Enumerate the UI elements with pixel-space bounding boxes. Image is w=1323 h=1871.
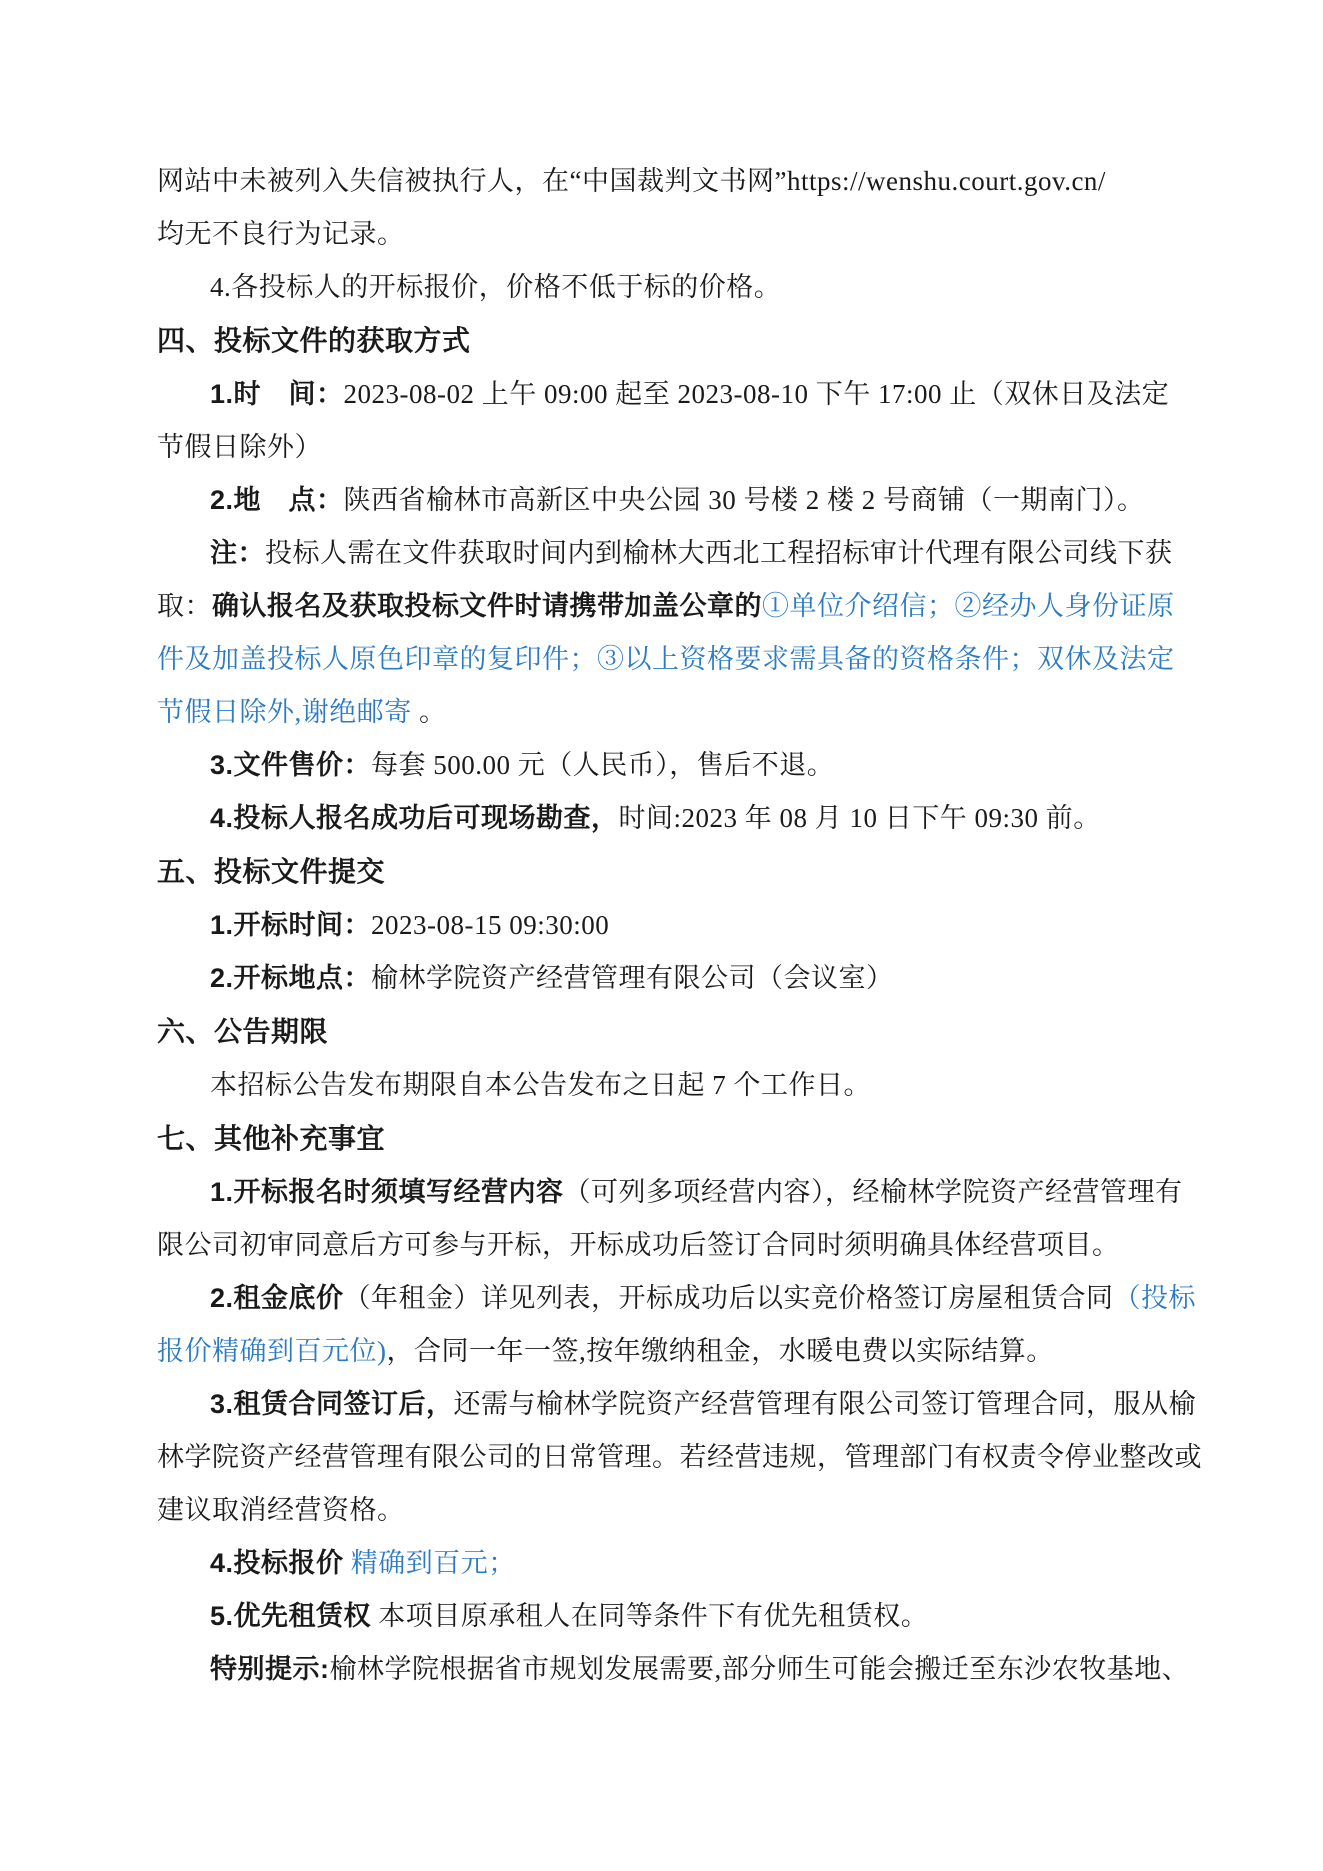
- text-line: 1.时 间：2023-08-02 上午 09:00 起至 2023-08-10 …: [157, 368, 1197, 421]
- text-line: 六、公告期限: [157, 1005, 1197, 1059]
- text-run: 还需与榆林学院资产经营管理有限公司签订管理合同，服从榆: [454, 1389, 1197, 1419]
- text-line: 2.开标地点：榆林学院资产经营管理有限公司（会议室）: [157, 952, 1197, 1005]
- text-run: 榆林学院资产经营管理有限公司（会议室）: [371, 963, 894, 993]
- text-run: 本项目原承租人在同等条件下有优先租赁权。: [371, 1601, 928, 1631]
- text-run: 榆林学院根据省市规划发展需要,部分师生可能会搬迁至东沙农牧基地、: [330, 1654, 1190, 1684]
- document-page: 网站中未被列入失信被执行人，在“中国裁判文书网”https://wenshu.c…: [0, 0, 1323, 1871]
- highlighted-text-run: 节假日除外,谢绝邮寄: [157, 697, 412, 727]
- text-run: （年租金）详见列表，开标成功后以实竞价格签订房屋租赁合同: [344, 1283, 1114, 1313]
- text-run: 时间:2023 年 08 月 10 日下午 09:30 前。: [619, 803, 1101, 833]
- text-line: 2.地 点：陕西省榆林市高新区中央公园 30 号楼 2 楼 2 号商铺（一期南门…: [157, 474, 1197, 527]
- text-line: 特别提示:榆林学院根据省市规划发展需要,部分师生可能会搬迁至东沙农牧基地、: [157, 1643, 1197, 1696]
- text-run: 投标人需在文件获取时间内到榆林大西北工程招标审计代理有限公司线下获: [265, 538, 1173, 568]
- section-heading: 四、投标文件的获取方式: [157, 325, 471, 356]
- highlighted-text-run: 精确到百元；: [344, 1548, 516, 1578]
- highlighted-text-run: ①单位介绍信；②经办人身份证原: [762, 591, 1175, 621]
- text-run: 本招标公告发布期限自本公告发布之日起 7 个工作日。: [210, 1070, 871, 1100]
- text-run: 2.开标地点：: [210, 963, 371, 993]
- text-line: 4.各投标人的开标报价，价格不低于标的价格。: [157, 261, 1197, 314]
- text-line: 均无不良行为记录。: [157, 208, 1197, 261]
- text-run: ，合同一年一签,按年缴纳租金，水暖电费以实际结算。: [387, 1336, 1054, 1366]
- text-line: 4.投标报价 精确到百元；: [157, 1537, 1197, 1590]
- text-line: 五、投标文件提交: [157, 845, 1197, 899]
- section-heading: 七、其他补充事宜: [157, 1123, 385, 1154]
- text-line: 5.优先租赁权 本项目原承租人在同等条件下有优先租赁权。: [157, 1590, 1197, 1643]
- text-line: 限公司初审同意后方可参与开标，开标成功后签订合同时须明确具体经营项目。: [157, 1219, 1197, 1272]
- text-run: 2.地 点：: [210, 485, 344, 515]
- text-run: 1.开标报名时须填写经营内容: [210, 1177, 564, 1207]
- text-run: 1.时 间：: [210, 379, 344, 409]
- text-run: 均无不良行为记录。: [157, 219, 405, 249]
- text-run: 网站中未被列入失信被执行人，在“中国裁判文书网”https://wenshu.c…: [157, 166, 1106, 196]
- text-run: 2023-08-15 09:30:00: [371, 910, 609, 940]
- text-run: 3.租赁合同签订后，: [210, 1389, 454, 1419]
- text-run: 限公司初审同意后方可参与开标，开标成功后签订合同时须明确具体经营项目。: [157, 1230, 1120, 1260]
- highlighted-text-run: 报价精确到百元位): [157, 1336, 387, 1366]
- highlighted-text-run: （投标: [1114, 1283, 1197, 1313]
- text-line: 4.投标人报名成功后可现场勘查，时间:2023 年 08 月 10 日下午 09…: [157, 792, 1197, 845]
- text-run: 节假日除外）: [157, 432, 322, 462]
- document-content: 网站中未被列入失信被执行人，在“中国裁判文书网”https://wenshu.c…: [157, 155, 1197, 1696]
- text-run: 1.开标时间：: [210, 910, 371, 940]
- text-run: 2023-08-02 上午 09:00 起至 2023-08-10 下午 17:…: [344, 379, 1170, 409]
- text-run: 注：: [210, 538, 265, 568]
- text-line: 3.文件售价：每套 500.00 元（人民币），售后不退。: [157, 739, 1197, 792]
- text-run: 特别提示:: [210, 1654, 330, 1684]
- text-line: 件及加盖投标人原色印章的复印件；③以上资格要求需具备的资格条件；双休及法定: [157, 633, 1197, 686]
- text-line: 节假日除外）: [157, 421, 1197, 474]
- text-run: 确认报名及获取投标文件时请携带加盖公章的: [212, 591, 762, 621]
- text-line: 1.开标报名时须填写经营内容（可列多项经营内容），经榆林学院资产经营管理有: [157, 1166, 1197, 1219]
- text-line: 2.租金底价（年租金）详见列表，开标成功后以实竞价格签订房屋租赁合同（投标: [157, 1272, 1197, 1325]
- text-line: 四、投标文件的获取方式: [157, 314, 1197, 368]
- text-run: 建议取消经营资格。: [157, 1495, 405, 1525]
- highlighted-text-run: 件及加盖投标人原色印章的复印件；③以上资格要求需具备的资格条件；双休及法定: [157, 644, 1175, 674]
- text-line: 节假日除外,谢绝邮寄 。: [157, 686, 1197, 739]
- text-run: 陕西省榆林市高新区中央公园 30 号楼 2 楼 2 号商铺（一期南门）。: [344, 485, 1145, 515]
- text-line: 1.开标时间：2023-08-15 09:30:00: [157, 899, 1197, 952]
- text-run: 。: [412, 697, 447, 727]
- text-line: 网站中未被列入失信被执行人，在“中国裁判文书网”https://wenshu.c…: [157, 155, 1197, 208]
- text-line: 本招标公告发布期限自本公告发布之日起 7 个工作日。: [157, 1059, 1197, 1112]
- text-line: 取：确认报名及获取投标文件时请携带加盖公章的①单位介绍信；②经办人身份证原: [157, 580, 1197, 633]
- text-line: 林学院资产经营管理有限公司的日常管理。若经营违规，管理部门有权责令停业整改或: [157, 1431, 1197, 1484]
- text-run: 4.投标报价: [210, 1548, 344, 1578]
- text-line: 注：投标人需在文件获取时间内到榆林大西北工程招标审计代理有限公司线下获: [157, 527, 1197, 580]
- section-heading: 六、公告期限: [157, 1016, 328, 1047]
- text-run: 取：: [157, 591, 212, 621]
- text-run: 2.租金底价: [210, 1283, 344, 1313]
- text-run: 4.投标人报名成功后可现场勘查，: [210, 803, 619, 833]
- text-line: 建议取消经营资格。: [157, 1484, 1197, 1537]
- text-run: 5.优先租赁权: [210, 1601, 371, 1631]
- text-run: 4.各投标人的开标报价，价格不低于标的价格。: [210, 272, 781, 302]
- text-run: 林学院资产经营管理有限公司的日常管理。若经营违规，管理部门有权责令停业整改或: [157, 1442, 1202, 1472]
- section-heading: 五、投标文件提交: [157, 856, 385, 887]
- text-run: 3.文件售价：: [210, 750, 371, 780]
- text-line: 报价精确到百元位)，合同一年一签,按年缴纳租金，水暖电费以实际结算。: [157, 1325, 1197, 1378]
- text-line: 3.租赁合同签订后，还需与榆林学院资产经营管理有限公司签订管理合同，服从榆: [157, 1378, 1197, 1431]
- text-line: 七、其他补充事宜: [157, 1112, 1197, 1166]
- text-run: 每套 500.00 元（人民币），售后不退。: [371, 750, 834, 780]
- text-run: （可列多项经营内容），经榆林学院资产经营管理有: [564, 1177, 1183, 1207]
